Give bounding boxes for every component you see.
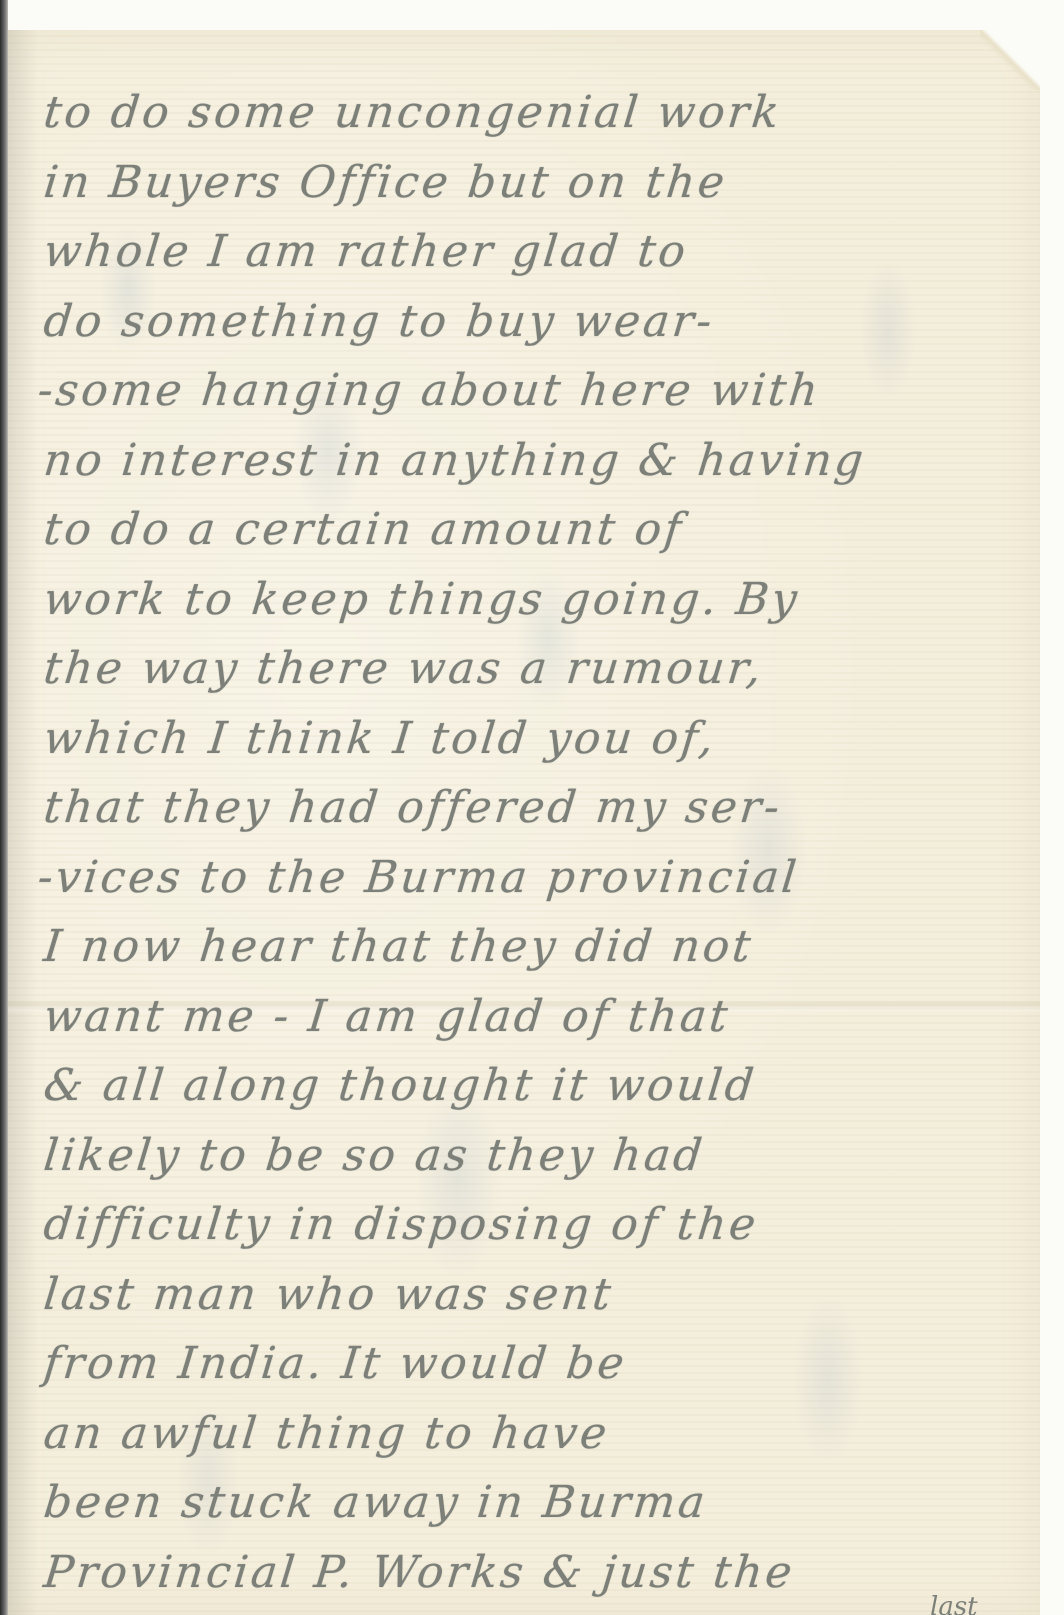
letter-line: difficulty in disposing of the [40, 1190, 1007, 1260]
letter-line: Provincial P. Works & just the [40, 1538, 1007, 1608]
letter-line: & all along thought it would [40, 1051, 1007, 1121]
letter-line: to do some uncongenial work [40, 78, 1007, 148]
letter-line: from India. It would be [40, 1329, 1007, 1399]
letter-body: to do some uncongenial work in Buyers Of… [44, 78, 1004, 1607]
letter-line: no interest in anything & having [40, 426, 1007, 496]
letter-line: in Buyers Office but on the [40, 148, 1007, 218]
letter-line: -some hanging about here with [34, 356, 1007, 426]
scan-right-margin [1040, 0, 1064, 1615]
letter-line: been stuck away in Burma [40, 1468, 1007, 1538]
scanner-edge-shadow [0, 0, 8, 1615]
letter-line: work to keep things going. By [40, 565, 1007, 635]
letter-line: to do a certain amount of [40, 495, 1007, 565]
letter-line: I now hear that they did not [40, 912, 1007, 982]
letter-line: want me - I am glad of that [40, 982, 1007, 1052]
letter-line: whole I am rather glad to [40, 217, 1007, 287]
letter-line: that they had offered my ser- [40, 773, 1007, 843]
letter-line: an awful thing to have [40, 1399, 1007, 1469]
continuation-word: last [930, 1592, 978, 1615]
scan-top-margin [8, 0, 1064, 30]
letter-line: last man who was sent [40, 1260, 1007, 1330]
letter-line: do something to buy wear- [40, 287, 1007, 357]
letter-line: which I think I told you of, [40, 704, 1007, 774]
letter-line: the way there was a rumour, [40, 634, 1007, 704]
letter-line: likely to be so as they had [40, 1121, 1007, 1191]
letter-line: -vices to the Burma provincial [34, 843, 1007, 913]
